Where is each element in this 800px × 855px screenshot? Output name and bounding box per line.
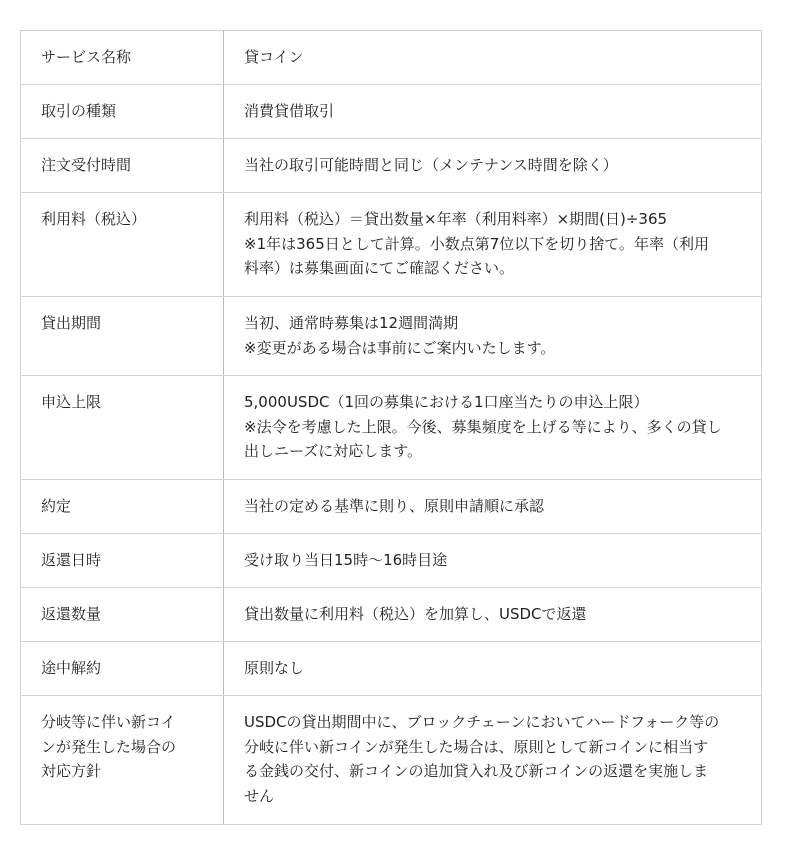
label-text: 分岐等に伴い新コイ (41, 710, 211, 735)
table-row-early-cancellation: 途中解約 原則なし (21, 642, 762, 696)
table-row-usage-fee: 利用料（税込） 利用料（税込）＝貸出数量×年率（利用料率）×期間(日)÷365 … (21, 193, 762, 297)
row-value: 利用料（税込）＝貸出数量×年率（利用料率）×期間(日)÷365 ※1年は365日… (224, 193, 762, 297)
row-label: 返還日時 (21, 534, 224, 588)
value-note: ※法令を考慮した上限。今後、募集頻度を上げる等により、多くの貸し (244, 415, 749, 440)
row-label: サービス名称 (21, 31, 224, 85)
value-text: 原則なし (244, 656, 749, 681)
value-text: 5,000USDC（1回の募集における1口座当たりの申込上限） (244, 390, 749, 415)
value-text: 分岐に伴い新コインが発生した場合は、原則として新コインに相当す (244, 735, 749, 760)
row-value: 当社の定める基準に則り、原則申請順に承認 (224, 480, 762, 534)
row-value: 消費貸借取引 (224, 85, 762, 139)
label-text: 返還日時 (41, 548, 211, 573)
row-value: USDCの貸出期間中に、ブロックチェーンにおいてハードフォーク等の 分岐に伴い新… (224, 696, 762, 825)
label-text: 注文受付時間 (41, 153, 211, 178)
table-row-fork-policy: 分岐等に伴い新コイ ンが発生した場合の 対応方針 USDCの貸出期間中に、ブロッ… (21, 696, 762, 825)
row-value: 原則なし (224, 642, 762, 696)
value-text: る金銭の交付、新コインの追加貸入れ及び新コインの返還を実施しま (244, 759, 749, 784)
label-text: 途中解約 (41, 656, 211, 681)
row-label: 利用料（税込） (21, 193, 224, 297)
label-text: 対応方針 (41, 759, 211, 784)
service-spec-table: サービス名称 貸コイン 取引の種類 消費貸借取引 注文受付時間 当社の取引可能時… (20, 30, 762, 825)
value-text: 当社の取引可能時間と同じ（メンテナンス時間を除く） (244, 153, 749, 178)
row-value: 当初、通常時募集は12週間満期 ※変更がある場合は事前にご案内いたします。 (224, 297, 762, 376)
row-label: 途中解約 (21, 642, 224, 696)
value-text: 当初、通常時募集は12週間満期 (244, 311, 749, 336)
value-text: 貸コイン (244, 45, 749, 70)
value-text: 利用料（税込）＝貸出数量×年率（利用料率）×期間(日)÷365 (244, 207, 749, 232)
row-label: 返還数量 (21, 588, 224, 642)
value-text: 当社の定める基準に則り、原則申請順に承認 (244, 494, 749, 519)
label-text: 利用料（税込） (41, 207, 211, 232)
value-text: 貸出数量に利用料（税込）を加算し、USDCで返還 (244, 602, 749, 627)
label-text: 貸出期間 (41, 311, 211, 336)
table-row-service-name: サービス名称 貸コイン (21, 31, 762, 85)
table-row-application-limit: 申込上限 5,000USDC（1回の募集における1口座当たりの申込上限） ※法令… (21, 376, 762, 480)
value-text: 消費貸借取引 (244, 99, 749, 124)
label-text: 取引の種類 (41, 99, 211, 124)
row-label: 貸出期間 (21, 297, 224, 376)
value-text: せん (244, 784, 749, 809)
label-text: 返還数量 (41, 602, 211, 627)
table-row-transaction-type: 取引の種類 消費貸借取引 (21, 85, 762, 139)
value-text: USDCの貸出期間中に、ブロックチェーンにおいてハードフォーク等の (244, 710, 749, 735)
value-text: 受け取り当日15時～16時目途 (244, 548, 749, 573)
value-note: ※変更がある場合は事前にご案内いたします。 (244, 336, 749, 361)
value-note: 料率）は募集画面にてご確認ください。 (244, 256, 749, 281)
label-text: 申込上限 (41, 390, 211, 415)
row-value: 5,000USDC（1回の募集における1口座当たりの申込上限） ※法令を考慮した… (224, 376, 762, 480)
table-row-lending-period: 貸出期間 当初、通常時募集は12週間満期 ※変更がある場合は事前にご案内いたしま… (21, 297, 762, 376)
row-label: 約定 (21, 480, 224, 534)
row-label: 申込上限 (21, 376, 224, 480)
row-value: 当社の取引可能時間と同じ（メンテナンス時間を除く） (224, 139, 762, 193)
row-value: 貸出数量に利用料（税込）を加算し、USDCで返還 (224, 588, 762, 642)
row-label: 注文受付時間 (21, 139, 224, 193)
row-label: 分岐等に伴い新コイ ンが発生した場合の 対応方針 (21, 696, 224, 825)
table-row-return-quantity: 返還数量 貸出数量に利用料（税込）を加算し、USDCで返還 (21, 588, 762, 642)
row-label: 取引の種類 (21, 85, 224, 139)
table-row-execution: 約定 当社の定める基準に則り、原則申請順に承認 (21, 480, 762, 534)
row-value: 受け取り当日15時～16時目途 (224, 534, 762, 588)
value-note: ※1年は365日として計算。小数点第7位以下を切り捨て。年率（利用 (244, 232, 749, 257)
label-text: サービス名称 (41, 45, 211, 70)
value-note: 出しニーズに対応します。 (244, 439, 749, 464)
row-value: 貸コイン (224, 31, 762, 85)
table-row-return-datetime: 返還日時 受け取り当日15時～16時目途 (21, 534, 762, 588)
label-text: ンが発生した場合の (41, 735, 211, 760)
table-row-order-hours: 注文受付時間 当社の取引可能時間と同じ（メンテナンス時間を除く） (21, 139, 762, 193)
label-text: 約定 (41, 494, 211, 519)
